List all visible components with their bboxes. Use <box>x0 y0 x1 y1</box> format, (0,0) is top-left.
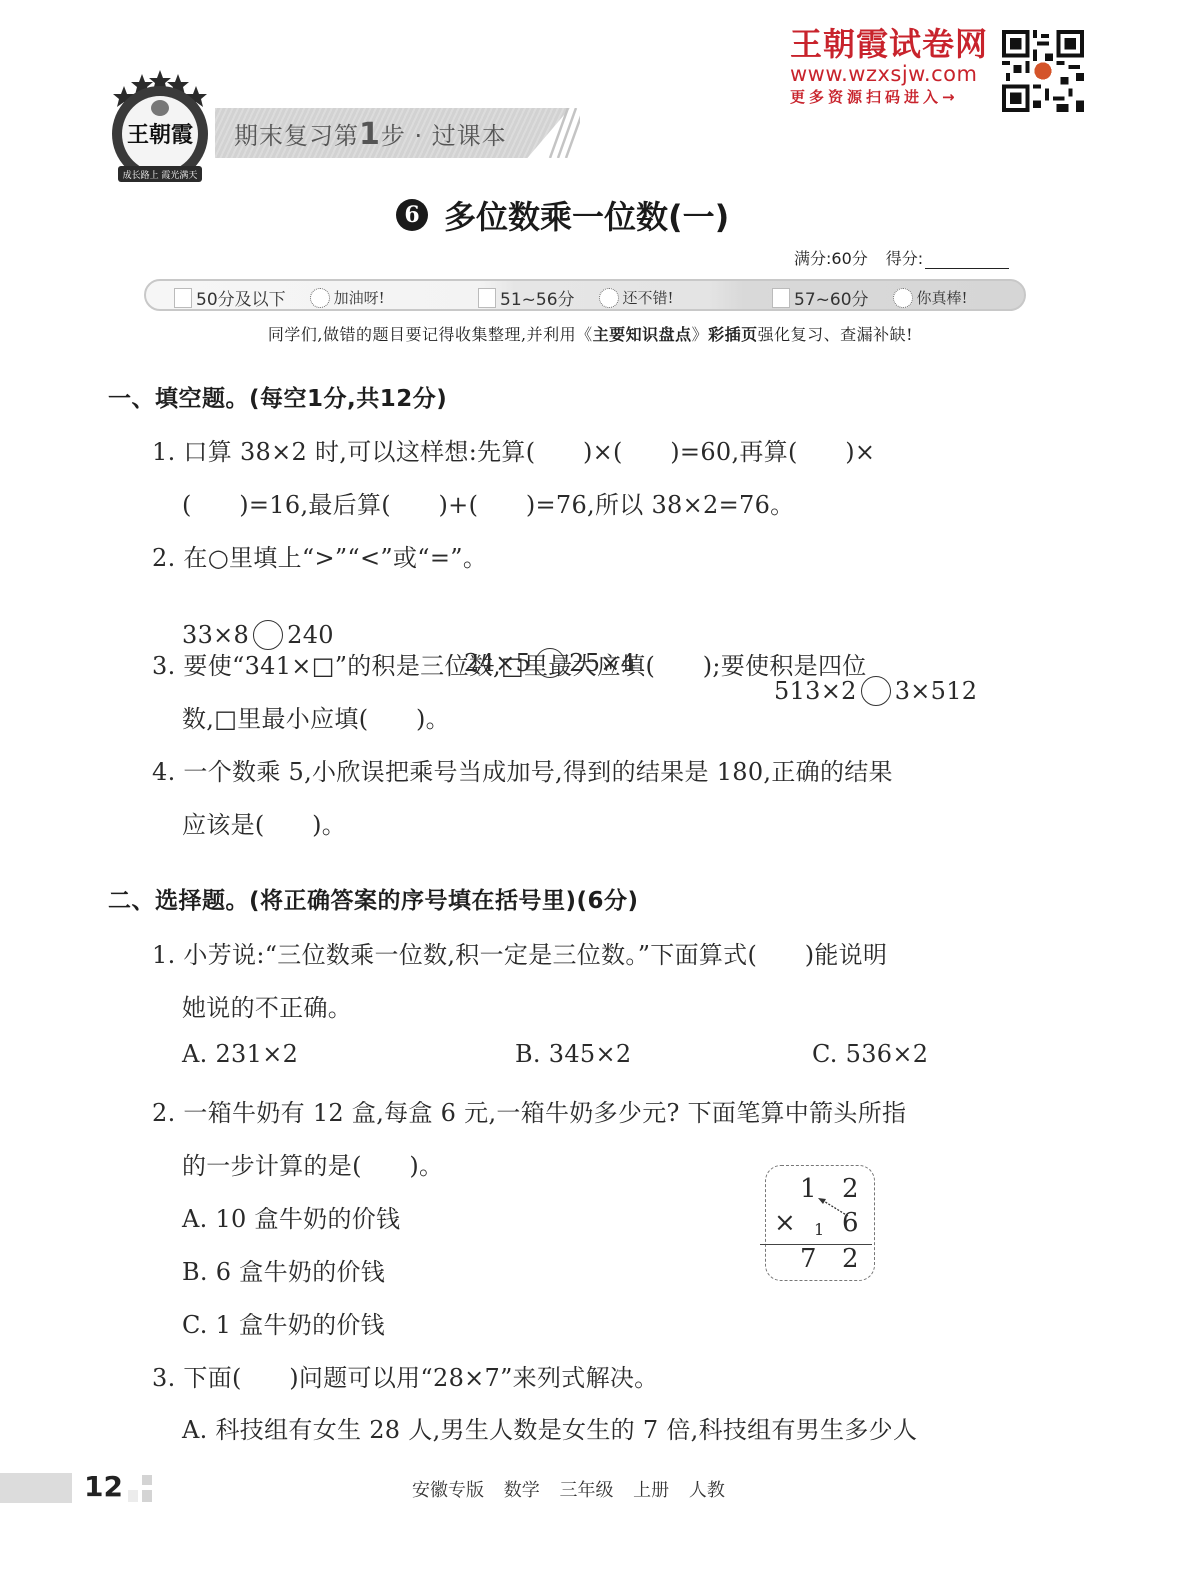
page-title: 6 多位数乘一位数(一) <box>396 192 729 238</box>
footer-decoration <box>128 1490 138 1502</box>
checkbox[interactable] <box>174 288 192 308</box>
rating-range: 57~60分 <box>794 285 869 310</box>
svg-text:王朝霞: 王朝霞 <box>127 122 193 148</box>
checkbox[interactable] <box>772 288 790 308</box>
digit: 7 <box>800 1244 817 1274</box>
question-2-2-line-1: 2. 一箱牛奶有 12 盒,每盒 6 元,一箱牛奶多少元? 下面笔算中箭头所指 <box>152 1093 906 1128</box>
footer-decoration <box>142 1475 152 1485</box>
digit: 2 <box>842 1244 859 1274</box>
option-a[interactable]: A. 231×2 <box>182 1040 298 1068</box>
checkbox[interactable] <box>478 288 496 308</box>
brand-scan-text: 更多资源扫码进入→ <box>790 86 988 108</box>
question-1-1-line-2: ( )=16,最后算( )+( )=76,所以 38×2=76。 <box>182 485 794 520</box>
option-c[interactable]: C. 1 盒牛奶的价钱 <box>182 1305 385 1340</box>
rating-bar: 50分及以下 加油呀! 51~56分 还不错! 57~60分 你真棒! <box>144 279 1026 311</box>
chapter-number-badge: 6 <box>396 199 428 231</box>
book-info: 安徽专版 数学 三年级 上册 人教 <box>412 1476 725 1502</box>
arrow-icon <box>816 1196 852 1220</box>
question-2-3-line-1: 3. 下面( )问题可以用“28×7”来列式解决。 <box>152 1358 658 1393</box>
footer-decoration <box>142 1490 152 1502</box>
question-1-3-line-2: 数,□里最小应填( )。 <box>182 699 450 734</box>
footer-bar <box>0 1473 72 1503</box>
score-line: 满分:60分得分: <box>794 246 1009 269</box>
got-score-label: 得分: <box>886 249 923 268</box>
digit: 1 <box>800 1174 817 1204</box>
qr-code-icon[interactable] <box>1002 30 1084 112</box>
svg-text:成长路上 霞光满天: 成长路上 霞光满天 <box>123 169 198 181</box>
chapter-title: 多位数乘一位数(一) <box>444 192 729 238</box>
brand-block[interactable]: 王朝霞试卷网 www.wzxsjw.com 更多资源扫码进入→ <box>790 26 988 108</box>
brand-name: 王朝霞试卷网 <box>790 26 988 62</box>
rating-message: 加油呀! <box>334 287 385 308</box>
rating-range: 50分及以下 <box>196 285 286 310</box>
smile-face-icon <box>599 288 619 308</box>
question-2-1-line-1: 1. 小芳说:“三位数乘一位数,积一定是三位数。”下面算式( )能说明 <box>152 935 887 970</box>
publisher-logo: 王朝霞 成长路上 霞光满天 <box>104 68 216 188</box>
full-score-label: 满分:60分 <box>794 249 868 268</box>
rating-message: 还不错! <box>623 287 674 308</box>
multiply-sign: × <box>774 1208 796 1238</box>
logo-badge-icon: 王朝霞 成长路上 霞光满天 <box>104 68 216 188</box>
option-a[interactable]: A. 10 盒牛奶的价钱 <box>182 1199 400 1234</box>
question-1-4-line-2: 应该是( )。 <box>182 805 346 840</box>
carry-digit: 1 <box>814 1220 824 1239</box>
score-input[interactable] <box>925 252 1009 269</box>
cheer-face-icon <box>310 288 330 308</box>
question-2-2-line-2: 的一步计算的是( )。 <box>182 1146 443 1181</box>
brand-url-link[interactable]: www.wzxsjw.com <box>790 62 988 86</box>
option-a[interactable]: A. 科技组有女生 28 人,男生人数是女生的 7 倍,科技组有男生多少人 <box>182 1410 917 1445</box>
rating-message: 你真棒! <box>917 287 968 308</box>
question-2-1-line-2: 她说的不正确。 <box>182 988 352 1023</box>
happy-face-icon <box>893 288 913 308</box>
rating-option-low[interactable]: 50分及以下 加油呀! <box>174 285 385 310</box>
rating-option-high[interactable]: 57~60分 你真棒! <box>772 285 968 310</box>
option-c[interactable]: C. 536×2 <box>812 1040 928 1068</box>
section-heading-multiple-choice: 二、选择题。(将正确答案的序号填在括号里)(6分) <box>108 882 639 915</box>
step-banner-label: 期末复习第1步 · 过课本 <box>234 116 507 152</box>
page-number: 12 <box>84 1470 123 1503</box>
question-1-4-line-1: 4. 一个数乘 5,小欣误把乘号当成加号,得到的结果是 180,正确的结果 <box>152 752 893 787</box>
rating-option-mid[interactable]: 51~56分 还不错! <box>478 285 674 310</box>
section-heading-fill-blank: 一、填空题。(每空1分,共12分) <box>108 380 447 413</box>
question-1-2-line-1: 2. 在○里填上“>”“<”或“=”。 <box>152 538 487 573</box>
study-tip: 同学们,做错的题目要记得收集整理,并利用《主要知识盘点》彩插页强化复习、查漏补缺… <box>0 322 1181 345</box>
question-1-3-line-1: 3. 要使“341×□”的积是三位数,□里最大应填( );要使积是四位 <box>152 646 867 681</box>
question-1-1-line-1: 1. 口算 38×2 时,可以这样想:先算( )×( )=60,再算( )× <box>152 432 875 467</box>
rating-range: 51~56分 <box>500 285 575 310</box>
vertical-multiplication: 1 2 × 1 6 7 2 <box>765 1165 875 1281</box>
option-b[interactable]: B. 345×2 <box>515 1040 631 1068</box>
option-b[interactable]: B. 6 盒牛奶的价钱 <box>182 1252 385 1287</box>
banner-stripes-icon <box>520 108 580 158</box>
